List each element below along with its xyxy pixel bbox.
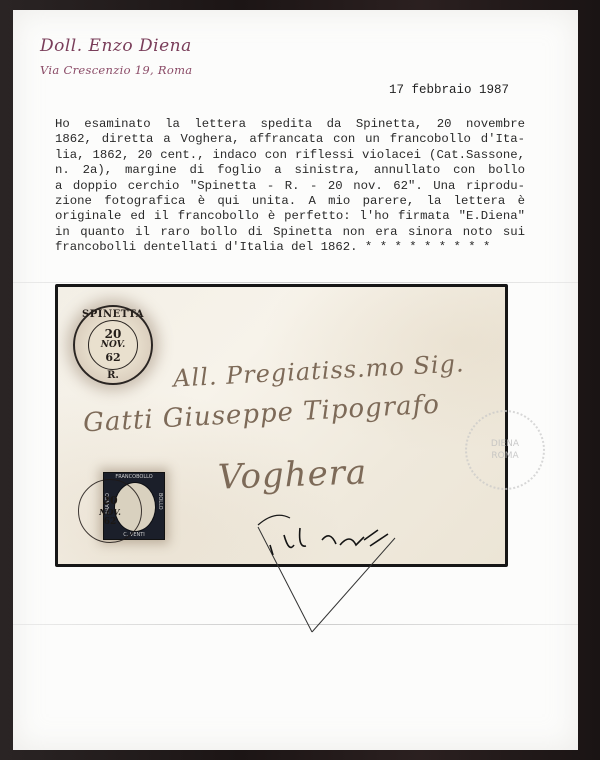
spinetta-postmark: SPINETTA 20 NOV. 62 R.	[73, 305, 153, 385]
cancel-month: NOV.	[79, 507, 141, 517]
body-line: lia, 1862, 20 cent., indaco con riflessi…	[55, 148, 525, 163]
address-salutation: All. Pregiatiss.mo Sig.	[172, 349, 465, 392]
body-line: in quanto il raro bollo di Spinetta non …	[55, 225, 525, 240]
emboss-line1: DIENA	[491, 439, 519, 449]
letterhead-address: Via Crescenzio 19, Roma	[40, 63, 192, 77]
body-line: originale ed il francobollo è perfetto: …	[55, 209, 525, 224]
body-line: zione fotografica è qui unita. A mio par…	[55, 194, 525, 209]
body-line: a doppio cerchio "Spinetta - R. - 20 nov…	[55, 179, 525, 194]
cancel-year: 62	[79, 517, 141, 527]
address-city: Voghera	[217, 452, 368, 497]
postmark-day: 20	[89, 327, 137, 341]
stamp-right-text: BOLLO	[157, 493, 163, 510]
stamp-cancellation: 20 NOV. 62	[78, 479, 142, 543]
fold-line-bottom	[13, 624, 578, 625]
letterhead-name: Doll. Enzo Diena	[40, 36, 192, 56]
body-line: n. 2a), margine di foglio a sinistra, an…	[55, 163, 525, 178]
postmark-inner-circle: 20 NOV. 62	[88, 320, 138, 370]
certificate-body: Ho esaminato la lettera spedita da Spine…	[55, 117, 525, 256]
embossed-seal: DIENA ROMA	[465, 410, 545, 490]
body-line: 1862, diretta a Voghera, affrancata con …	[55, 132, 525, 147]
body-line: Ho esaminato la lettera spedita da Spine…	[55, 117, 525, 132]
postmark-year: 62	[89, 351, 137, 364]
fold-line-top	[13, 282, 578, 283]
cancel-day: 20	[79, 494, 141, 507]
postmark-month: NOV.	[89, 340, 137, 350]
address-recipient: Gatti Giuseppe Tipografo	[82, 390, 440, 439]
emboss-line2: ROMA	[491, 451, 518, 461]
postmark-town: SPINETTA	[75, 309, 151, 320]
certificate-date: 17 febbraio 1987	[389, 83, 509, 97]
body-line: francobolli dentellati d'Italia del 1862…	[55, 240, 525, 255]
emboss-seal-text: DIENA ROMA	[467, 438, 543, 462]
postmark-suffix: R.	[75, 370, 151, 381]
